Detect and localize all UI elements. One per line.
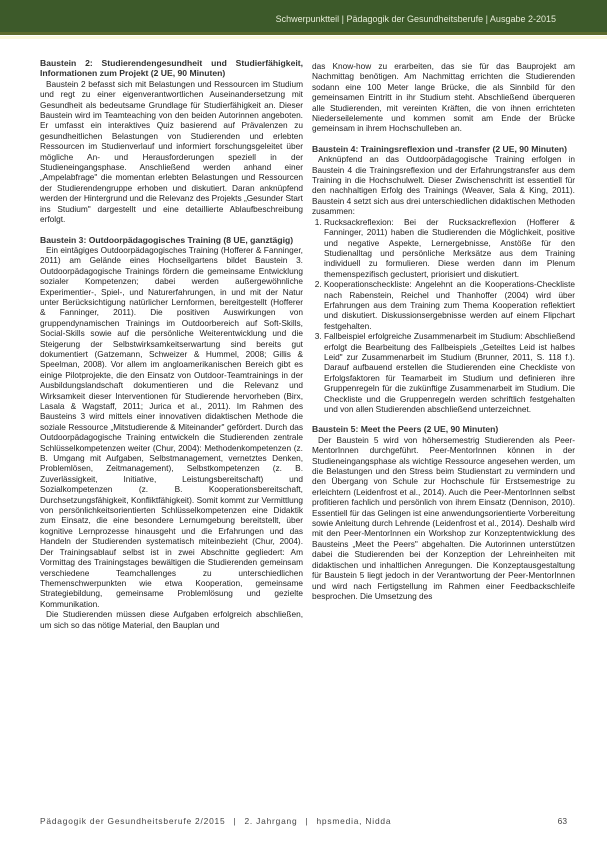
left-column: Baustein 2: Studierendengesundheit und S… (40, 58, 303, 630)
page-footer: Pädagogik der Gesundheitsberufe 2/2015|2… (40, 816, 567, 826)
footer-volume: 2. Jahrgang (244, 816, 297, 826)
footer-separator: | (233, 816, 236, 826)
page-number: 63 (558, 816, 567, 826)
section-heading-baustein-4: Baustein 4: Trainingsreflexion und -tran… (312, 144, 575, 154)
paragraph-baustein-2: Baustein 2 befasst sich mit Belastungen … (40, 79, 303, 225)
paragraph-baustein-3: Ein eintägiges Outdoorpädagogisches Trai… (40, 245, 303, 609)
list-item: Kooperationscheckliste: Angelehnt an die… (324, 279, 575, 331)
footer-journal: Pädagogik der Gesundheitsberufe 2/2015 (40, 816, 225, 826)
section-heading-baustein-3: Baustein 3: Outdoorpädagogisches Trainin… (40, 235, 303, 245)
running-header-bar: Schwerpunktteil | Pädagogik der Gesundhe… (0, 0, 607, 35)
running-header-title: Schwerpunktteil | Pädagogik der Gesundhe… (276, 14, 556, 24)
header-divider (0, 36, 607, 39)
method-list: Rucksackreflexion: Bei der Rucksackrefle… (312, 217, 575, 415)
paragraph-baustein-3-end: das Know-how zu erarbeiten, das sie für … (312, 61, 575, 134)
section-heading-baustein-2: Baustein 2: Studierendengesundheit und S… (40, 58, 303, 79)
footer-publisher: hpsmedia, Nidda (316, 816, 391, 826)
paragraph-baustein-3-continued: Die Studierenden müssen diese Aufgaben e… (40, 609, 303, 630)
list-item: Rucksackreflexion: Bei der Rucksackrefle… (324, 217, 575, 279)
section-heading-baustein-5: Baustein 5: Meet the Peers (2 UE, 90 Min… (312, 424, 575, 434)
paragraph-baustein-5: Der Baustein 5 wird von höhersemestrig S… (312, 435, 575, 602)
right-column: das Know-how zu erarbeiten, das sie für … (312, 61, 575, 601)
paragraph-baustein-4: Anknüpfend an das Outdoorpädagogische Tr… (312, 154, 575, 216)
footer-separator: | (305, 816, 308, 826)
list-item: Fallbeispiel erfolgreiche Zusammenarbeit… (324, 331, 575, 414)
